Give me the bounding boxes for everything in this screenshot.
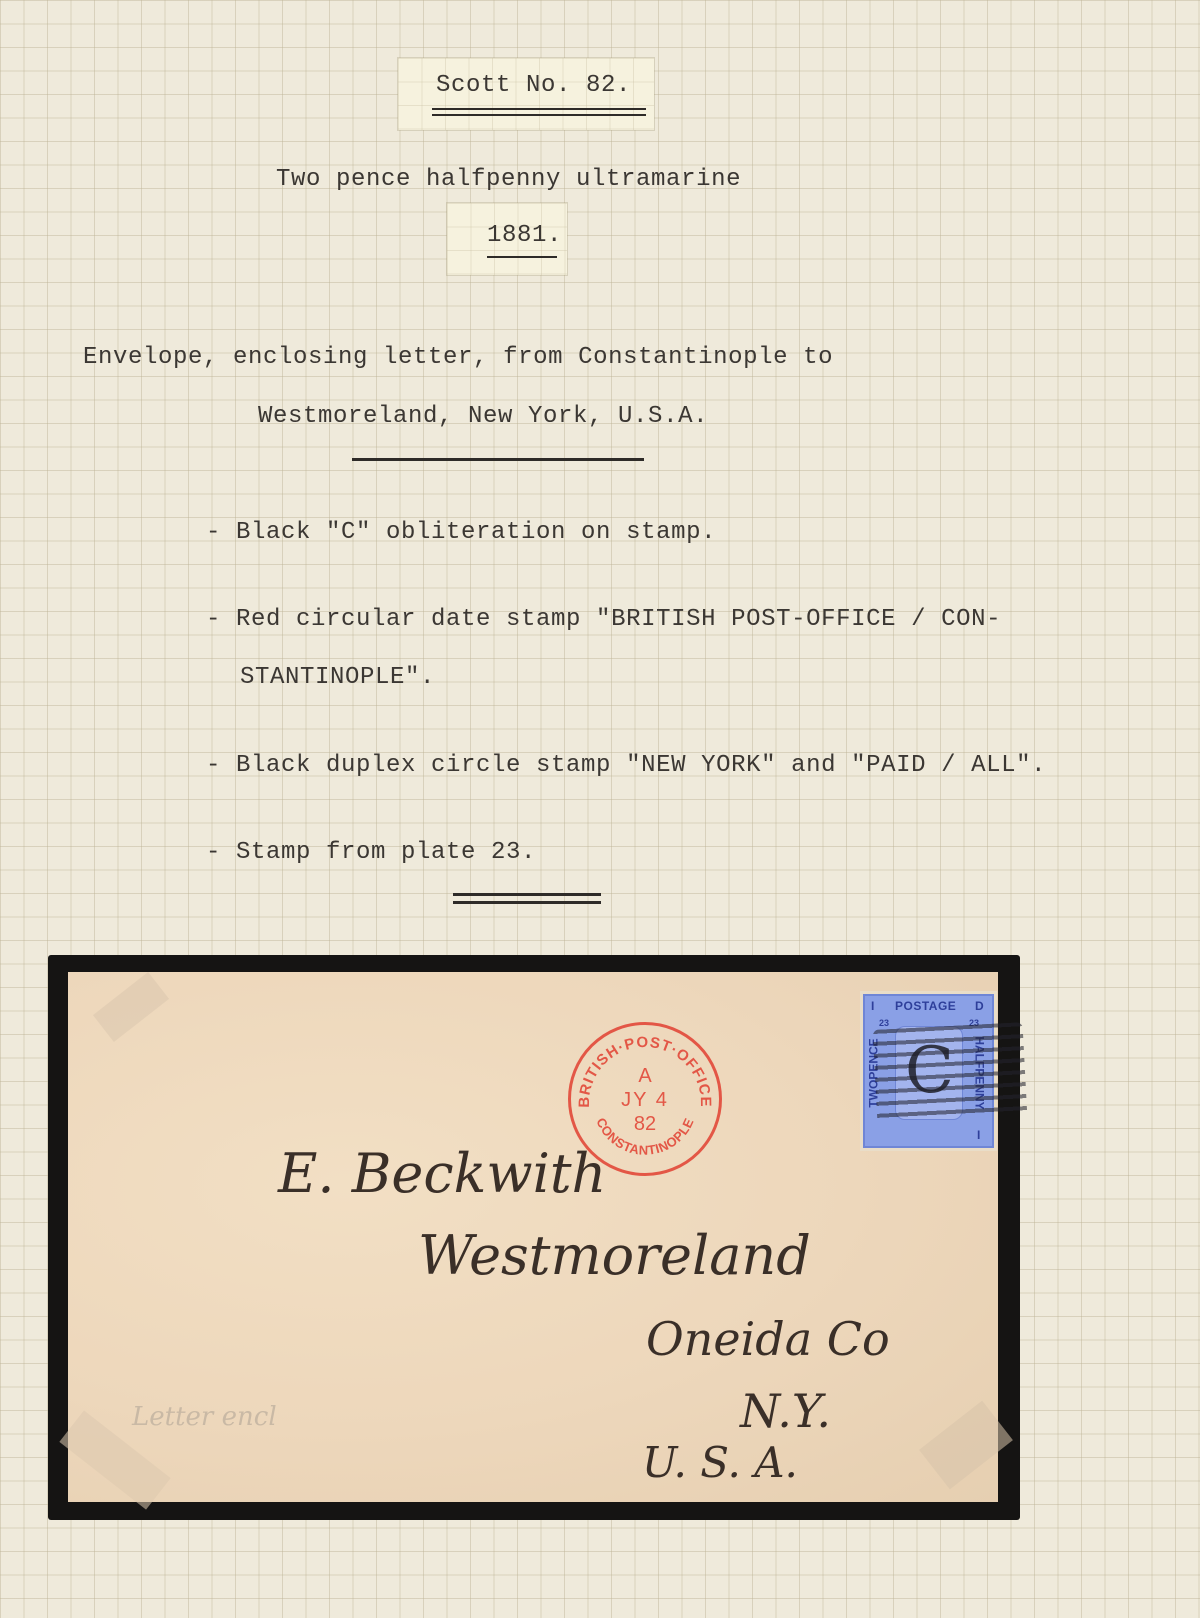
address-country: U. S. A.	[642, 1438, 798, 1487]
note-red-date-stamp-continuation: STANTINOPLE".	[240, 664, 435, 691]
address-state: N.Y.	[740, 1384, 831, 1438]
double-underline-top	[432, 108, 646, 110]
stamp-corner-top-left: I	[871, 999, 874, 1013]
scott-number-label: Scott No. 82.	[398, 58, 654, 130]
stamp-description: Two pence halfpenny ultramarine	[276, 166, 741, 193]
note-red-date-stamp: - Red circular date stamp "BRITISH POST-…	[206, 606, 1001, 633]
envelope: I POSTAGE D 23 23 TWOPENCE HALFPENNY C I…	[68, 972, 998, 1502]
postmark-year: 82	[571, 1113, 719, 1136]
cover-description-line1: Envelope, enclosing letter, from Constan…	[83, 344, 833, 371]
stamp-top-label: POSTAGE	[895, 999, 956, 1013]
note-plate-number: - Stamp from plate 23.	[206, 839, 536, 866]
double-underline-bottom	[432, 114, 646, 116]
address-county: Oneida Co	[646, 1312, 890, 1366]
address-name: E. Beckwith	[278, 1142, 606, 1205]
section-divider	[352, 458, 644, 461]
stamp-corner-top-right: D	[975, 999, 984, 1013]
stamp-corner-bottom-right: I	[977, 1128, 980, 1142]
postmark-date: JY 4	[571, 1089, 719, 1112]
note-duplex-stamp: - Black duplex circle stamp "NEW YORK" a…	[206, 752, 1046, 779]
year-underline	[487, 256, 557, 258]
year-label: 1881.	[447, 203, 567, 275]
year-text: 1881.	[487, 222, 562, 249]
end-double-rule-bottom	[453, 901, 601, 904]
hinge-mark-top-left	[93, 972, 169, 1042]
stamp-plate-number-left: 23	[879, 1018, 889, 1028]
c-letter: C	[905, 1034, 954, 1108]
end-double-rule-top	[453, 893, 601, 896]
note-c-obliteration: - Black "C" obliteration on stamp.	[206, 519, 716, 546]
scott-number-text: Scott No. 82.	[436, 72, 631, 99]
postage-stamp: I POSTAGE D 23 23 TWOPENCE HALFPENNY C I	[863, 994, 994, 1148]
address-town: Westmoreland	[418, 1224, 811, 1287]
cover-description-line2: Westmoreland, New York, U.S.A.	[258, 403, 708, 430]
envelope-mount: I POSTAGE D 23 23 TWOPENCE HALFPENNY C I…	[48, 955, 1020, 1520]
postmark-letter: A	[571, 1065, 719, 1088]
hinge-mark-bottom-right	[919, 1401, 1013, 1490]
pencil-note: Letter encl	[132, 1402, 277, 1432]
